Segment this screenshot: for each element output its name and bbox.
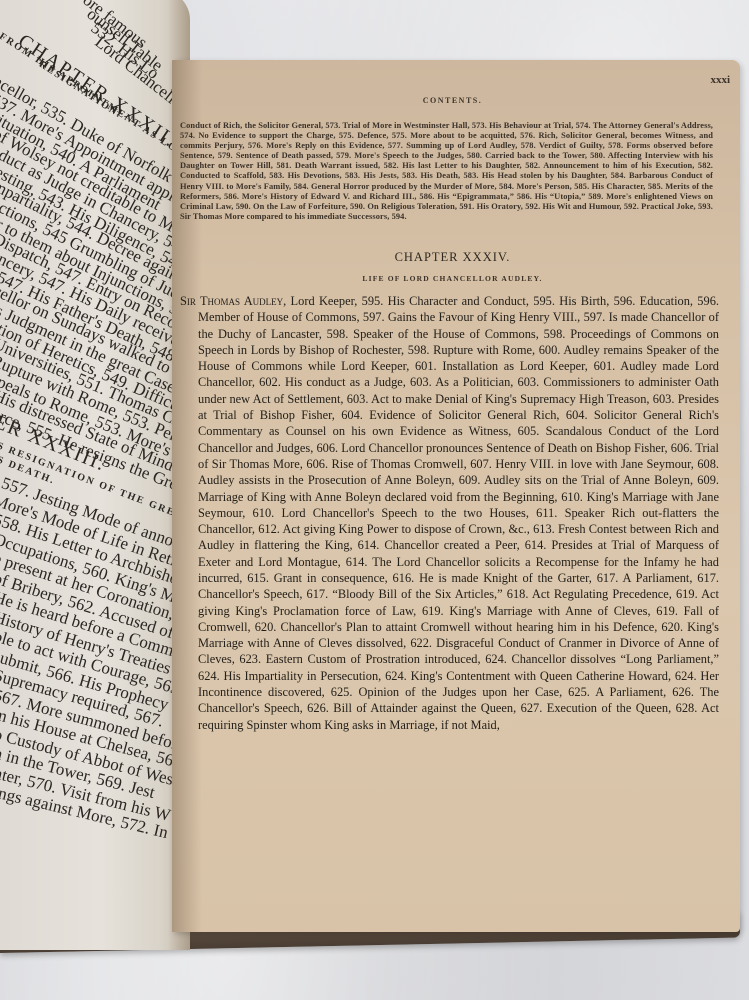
right-page: xxxi CONTENTS. Conduct of Rich, the Soli… bbox=[172, 60, 740, 932]
left-page: ore famousounsell Table532. His LoLord C… bbox=[0, 0, 190, 950]
chapter-contents-body: Sir Thomas Audley, Lord Keeper, 595. His… bbox=[180, 293, 725, 733]
chapter-title: CHAPTER XXXIV. bbox=[180, 250, 725, 265]
chapter-contents-text: , Lord Keeper, 595. His Character and Co… bbox=[198, 294, 719, 732]
running-head: CONTENTS. bbox=[180, 96, 725, 105]
chapter-lead-name: Sir Thomas Audley bbox=[180, 294, 283, 308]
page-content: CONTENTS. Conduct of Rich, the Solicitor… bbox=[180, 96, 725, 733]
previous-chapter-contents: Conduct of Rich, the Solicitor General, … bbox=[180, 121, 725, 222]
page-number: xxxi bbox=[710, 74, 730, 86]
chapter-subtitle: LIFE OF LORD CHANCELLOR AUDLEY. bbox=[180, 274, 725, 283]
